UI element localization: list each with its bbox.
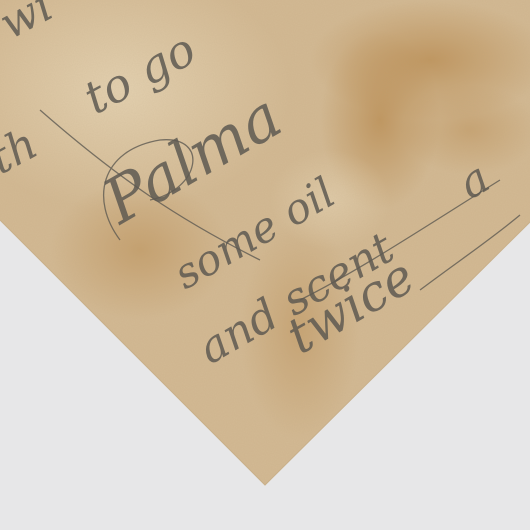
aged-paper-corner: to go Palma some oil and scent twice a t…: [0, 0, 530, 530]
photo-stage: to go Palma some oil and scent twice a t…: [0, 0, 530, 530]
